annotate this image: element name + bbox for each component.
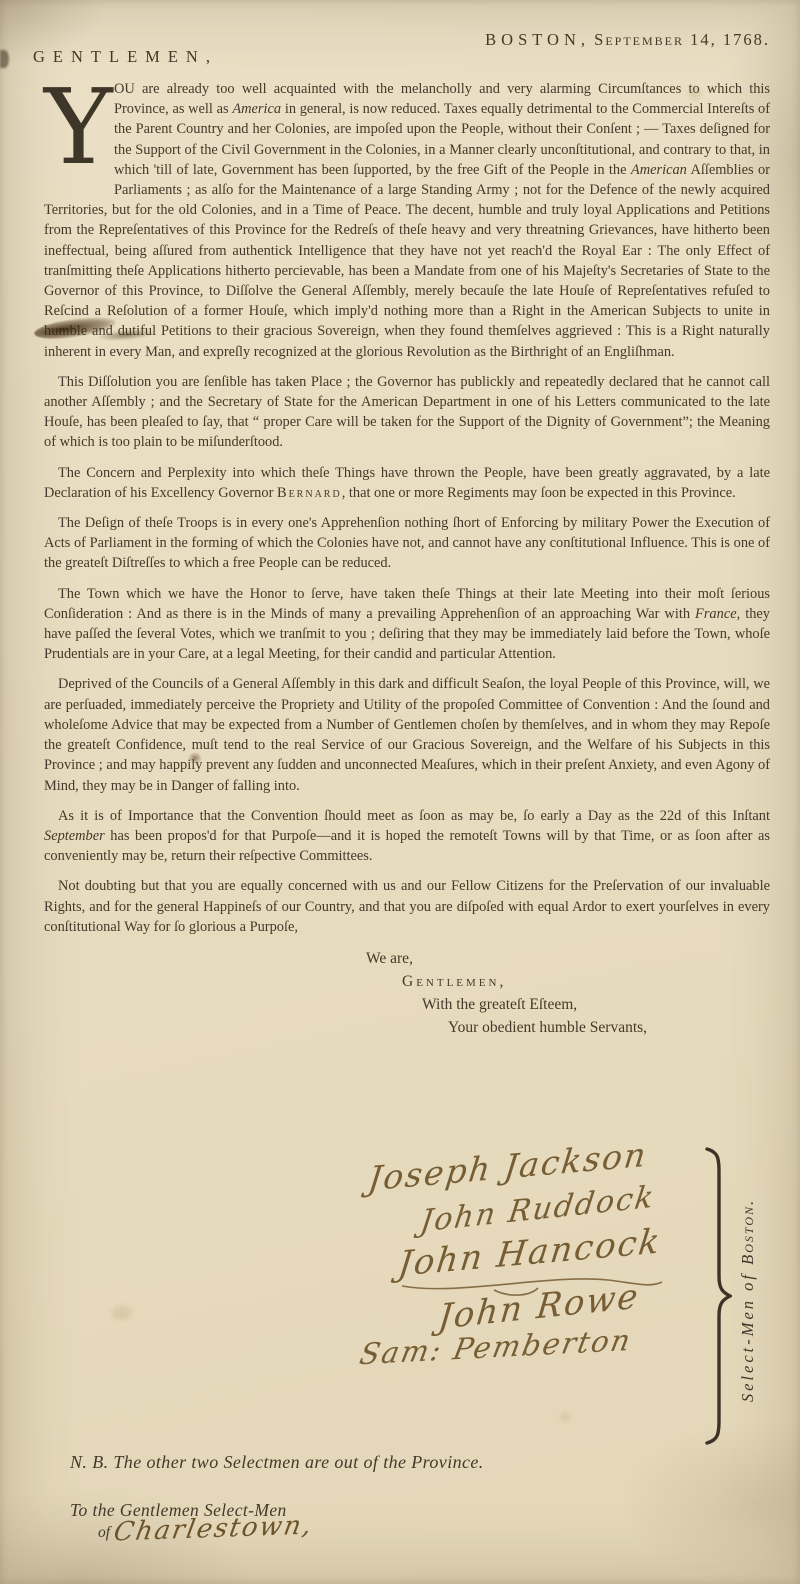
footnote: N. B. The other two Selectmen are out of… (70, 1452, 484, 1473)
foxing-stain (112, 1306, 132, 1320)
ink-spot (188, 752, 202, 764)
closing-block: We are, Gentlemen, With the greateſt Eſt… (44, 947, 770, 1039)
closing-esteem: With the greateſt Eſteem, (422, 993, 770, 1016)
paragraph-7: As it is of Importance that the Conventi… (44, 806, 770, 867)
address-prefix: of (98, 1524, 110, 1542)
dateline-city: BOSTON, (485, 30, 590, 49)
paragraph-2: This Diſſolution you are ſenſible has ta… (44, 372, 770, 453)
selectmen-of-boston-label: Select-Men of Boston. (738, 1140, 762, 1460)
signature-flourish (398, 1272, 668, 1298)
closing-servants: Your obedient humble Servants, (448, 1016, 770, 1039)
document-page: BOSTON, September 14, 1768. GENTLEMEN, Y… (0, 0, 800, 1584)
paragraph-3: The Concern and Perplexity into which th… (44, 463, 770, 503)
paper-edge-chip (0, 50, 9, 68)
paragraph-1: YOU are already too well acquainted with… (44, 79, 770, 362)
dateline: BOSTON, September 14, 1768. (485, 30, 770, 50)
paragraph-6: Deprived of the Councils of a General Aſ… (44, 674, 770, 795)
letter-body: YOU are already too well acquainted with… (44, 79, 770, 1039)
foxing-stain (560, 1412, 570, 1422)
closing-gentlemen: Gentlemen, (402, 970, 770, 993)
salutation: GENTLEMEN, (33, 47, 218, 67)
signature-sam-pemberton: Sam: Pemberton (357, 1323, 635, 1372)
address-town-handwritten: Charlestown, (111, 1510, 315, 1547)
paragraph-8: Not doubting but that you are equally co… (44, 876, 770, 937)
paragraph-5: The Town which we have the Honor to ſerv… (44, 584, 770, 665)
signature-brace-icon (702, 1146, 732, 1446)
closing-we-are: We are, (366, 947, 770, 970)
drop-cap: Y (44, 83, 106, 182)
dateline-date: September 14, 1768. (594, 30, 770, 49)
foxing-stain (688, 88, 702, 100)
paragraph-4: The Deſign of theſe Troops is in every o… (44, 513, 770, 574)
